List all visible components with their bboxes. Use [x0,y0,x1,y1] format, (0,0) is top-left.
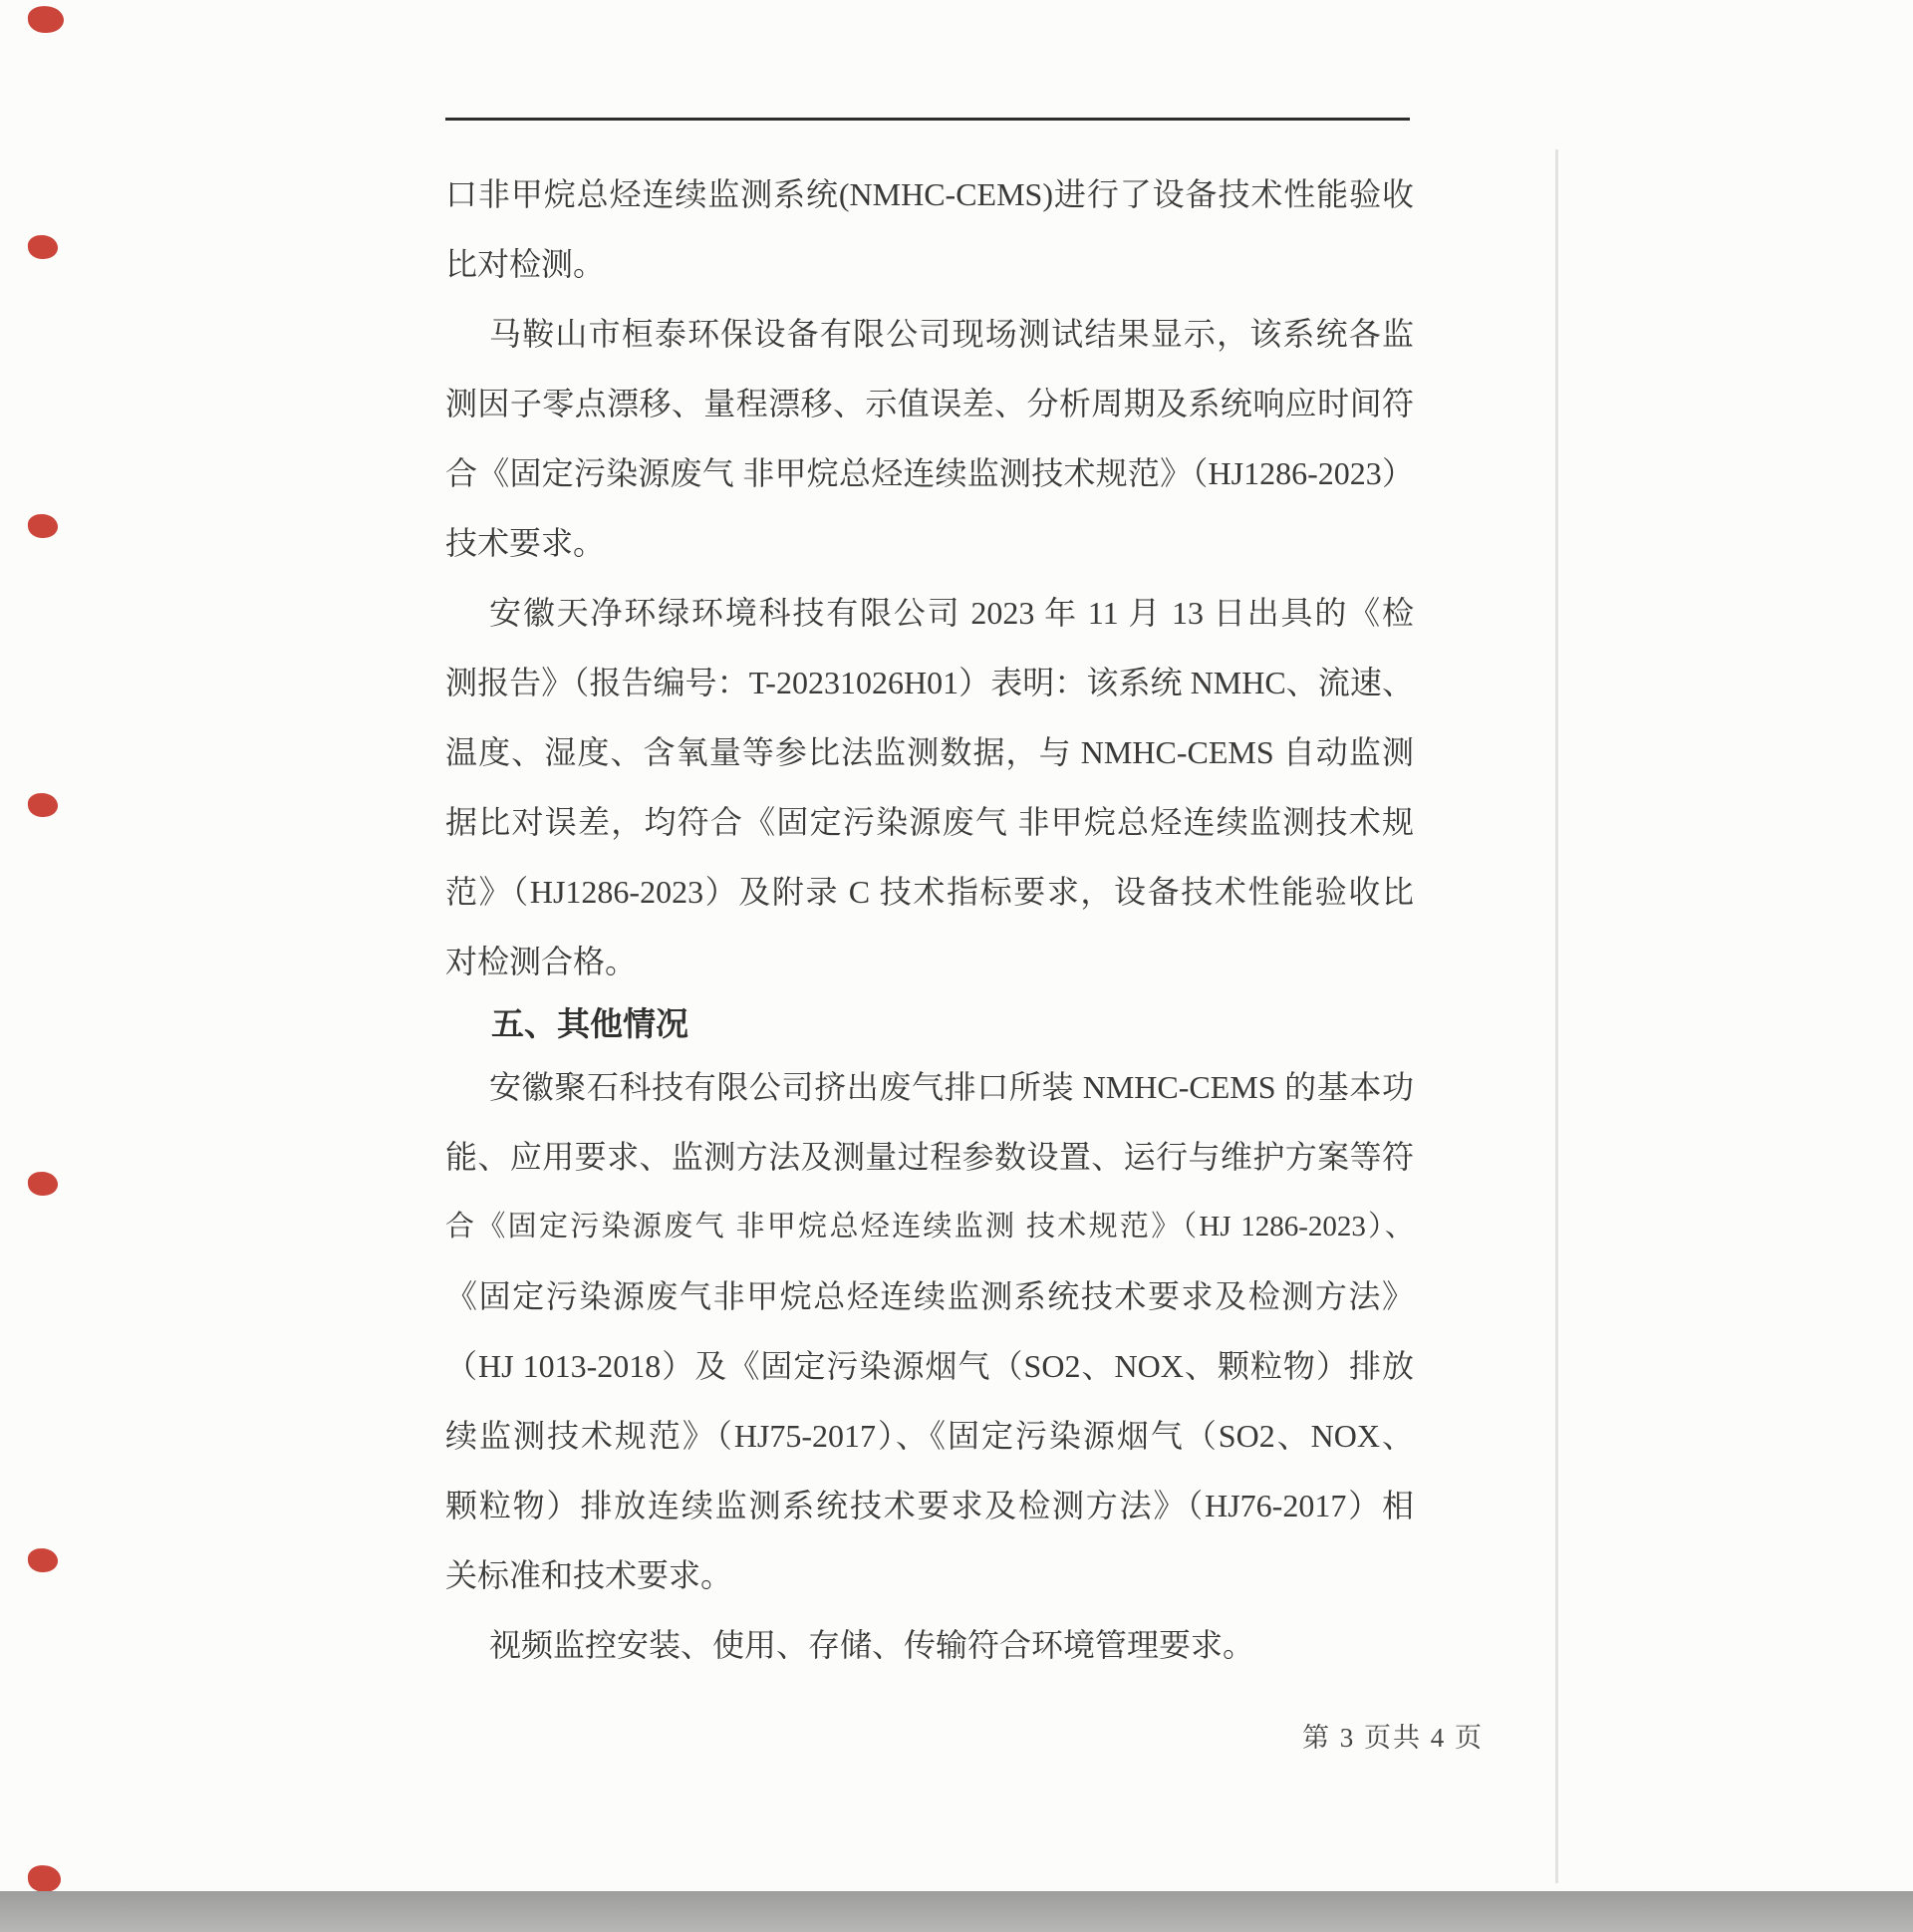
red-seal-mark [27,792,58,818]
red-seal-mark [27,513,58,539]
text-line: 据比对误差，均符合《固定污染源废气 非甲烷总烃连续监测技术规 [445,787,1414,857]
text-line: 视频监控安装、使用、存储、传输符合环境管理要求。 [445,1610,1414,1680]
red-seal-mark [27,1171,58,1197]
scan-edge-band [0,1891,1913,1932]
header-rule [445,118,1410,121]
page-edge-shadow [1555,149,1558,1883]
text-line: 温度、湿度、含氧量等参比法监测数据，与 NMHC-CEMS 自动监测数 [445,717,1414,787]
text-line: 续监测技术规范》（HJ75-2017）、《固定污染源烟气（SO2、NOX、 [445,1401,1414,1471]
page-number: 第 3 页共 4 页 [1302,1716,1484,1755]
text-line: 关标准和技术要求。 [445,1540,1414,1610]
scanned-page: 口非甲烷总烃连续监测系统(NMHC-CEMS)进行了设备技术性能验收 比对检测。… [0,0,1913,1932]
text-line: 技术要求。 [445,508,1414,578]
text-line: 对检测合格。 [445,927,1414,996]
text-line: 马鞍山市桓泰环保设备有限公司现场测试结果显示，该系统各监 [445,299,1414,369]
red-seal-mark [27,234,58,260]
red-seal-mark [27,1864,61,1893]
text-line: 安徽聚石科技有限公司挤出废气排口所装 NMHC-CEMS 的基本功 [445,1052,1414,1122]
text-line: 口非甲烷总烃连续监测系统(NMHC-CEMS)进行了设备技术性能验收 [445,159,1414,229]
text-line: 合《固定污染源废气 非甲烷总烃连续监测技术规范》（HJ1286-2023） [445,438,1414,508]
text-line: 测因子零点漂移、量程漂移、示值误差、分析周期及系统响应时间符 [445,369,1414,438]
text-line: 安徽天净环绿环境科技有限公司 2023 年 11 月 13 日出具的《检 [445,578,1414,648]
red-seal-mark [27,1547,58,1573]
section-heading: 五、其他情况 [445,996,1414,1052]
document-body: 口非甲烷总烃连续监测系统(NMHC-CEMS)进行了设备技术性能验收 比对检测。… [445,159,1414,1680]
text-line: （HJ 1013-2018）及《固定污染源烟气（SO2、NOX、颗粒物）排放连 [445,1331,1414,1401]
text-line: 《固定污染源废气非甲烷总烃连续监测系统技术要求及检测方法》 [445,1261,1414,1331]
text-line: 能、应用要求、监测方法及测量过程参数设置、运行与维护方案等符 [445,1122,1414,1192]
text-line: 合《固定污染源废气 非甲烷总烃连续监测 技术规范》（HJ 1286-2023）、 [445,1192,1414,1261]
text-line: 测报告》（报告编号：T-20231026H01）表明：该系统 NMHC、流速、 [445,648,1414,717]
red-seal-mark [27,5,64,34]
text-line: 比对检测。 [445,229,1414,299]
text-line: 颗粒物）排放连续监测系统技术要求及检测方法》（HJ76-2017）相 [445,1471,1414,1540]
text-line: 范》（HJ1286-2023）及附录 C 技术指标要求，设备技术性能验收比 [445,857,1414,927]
